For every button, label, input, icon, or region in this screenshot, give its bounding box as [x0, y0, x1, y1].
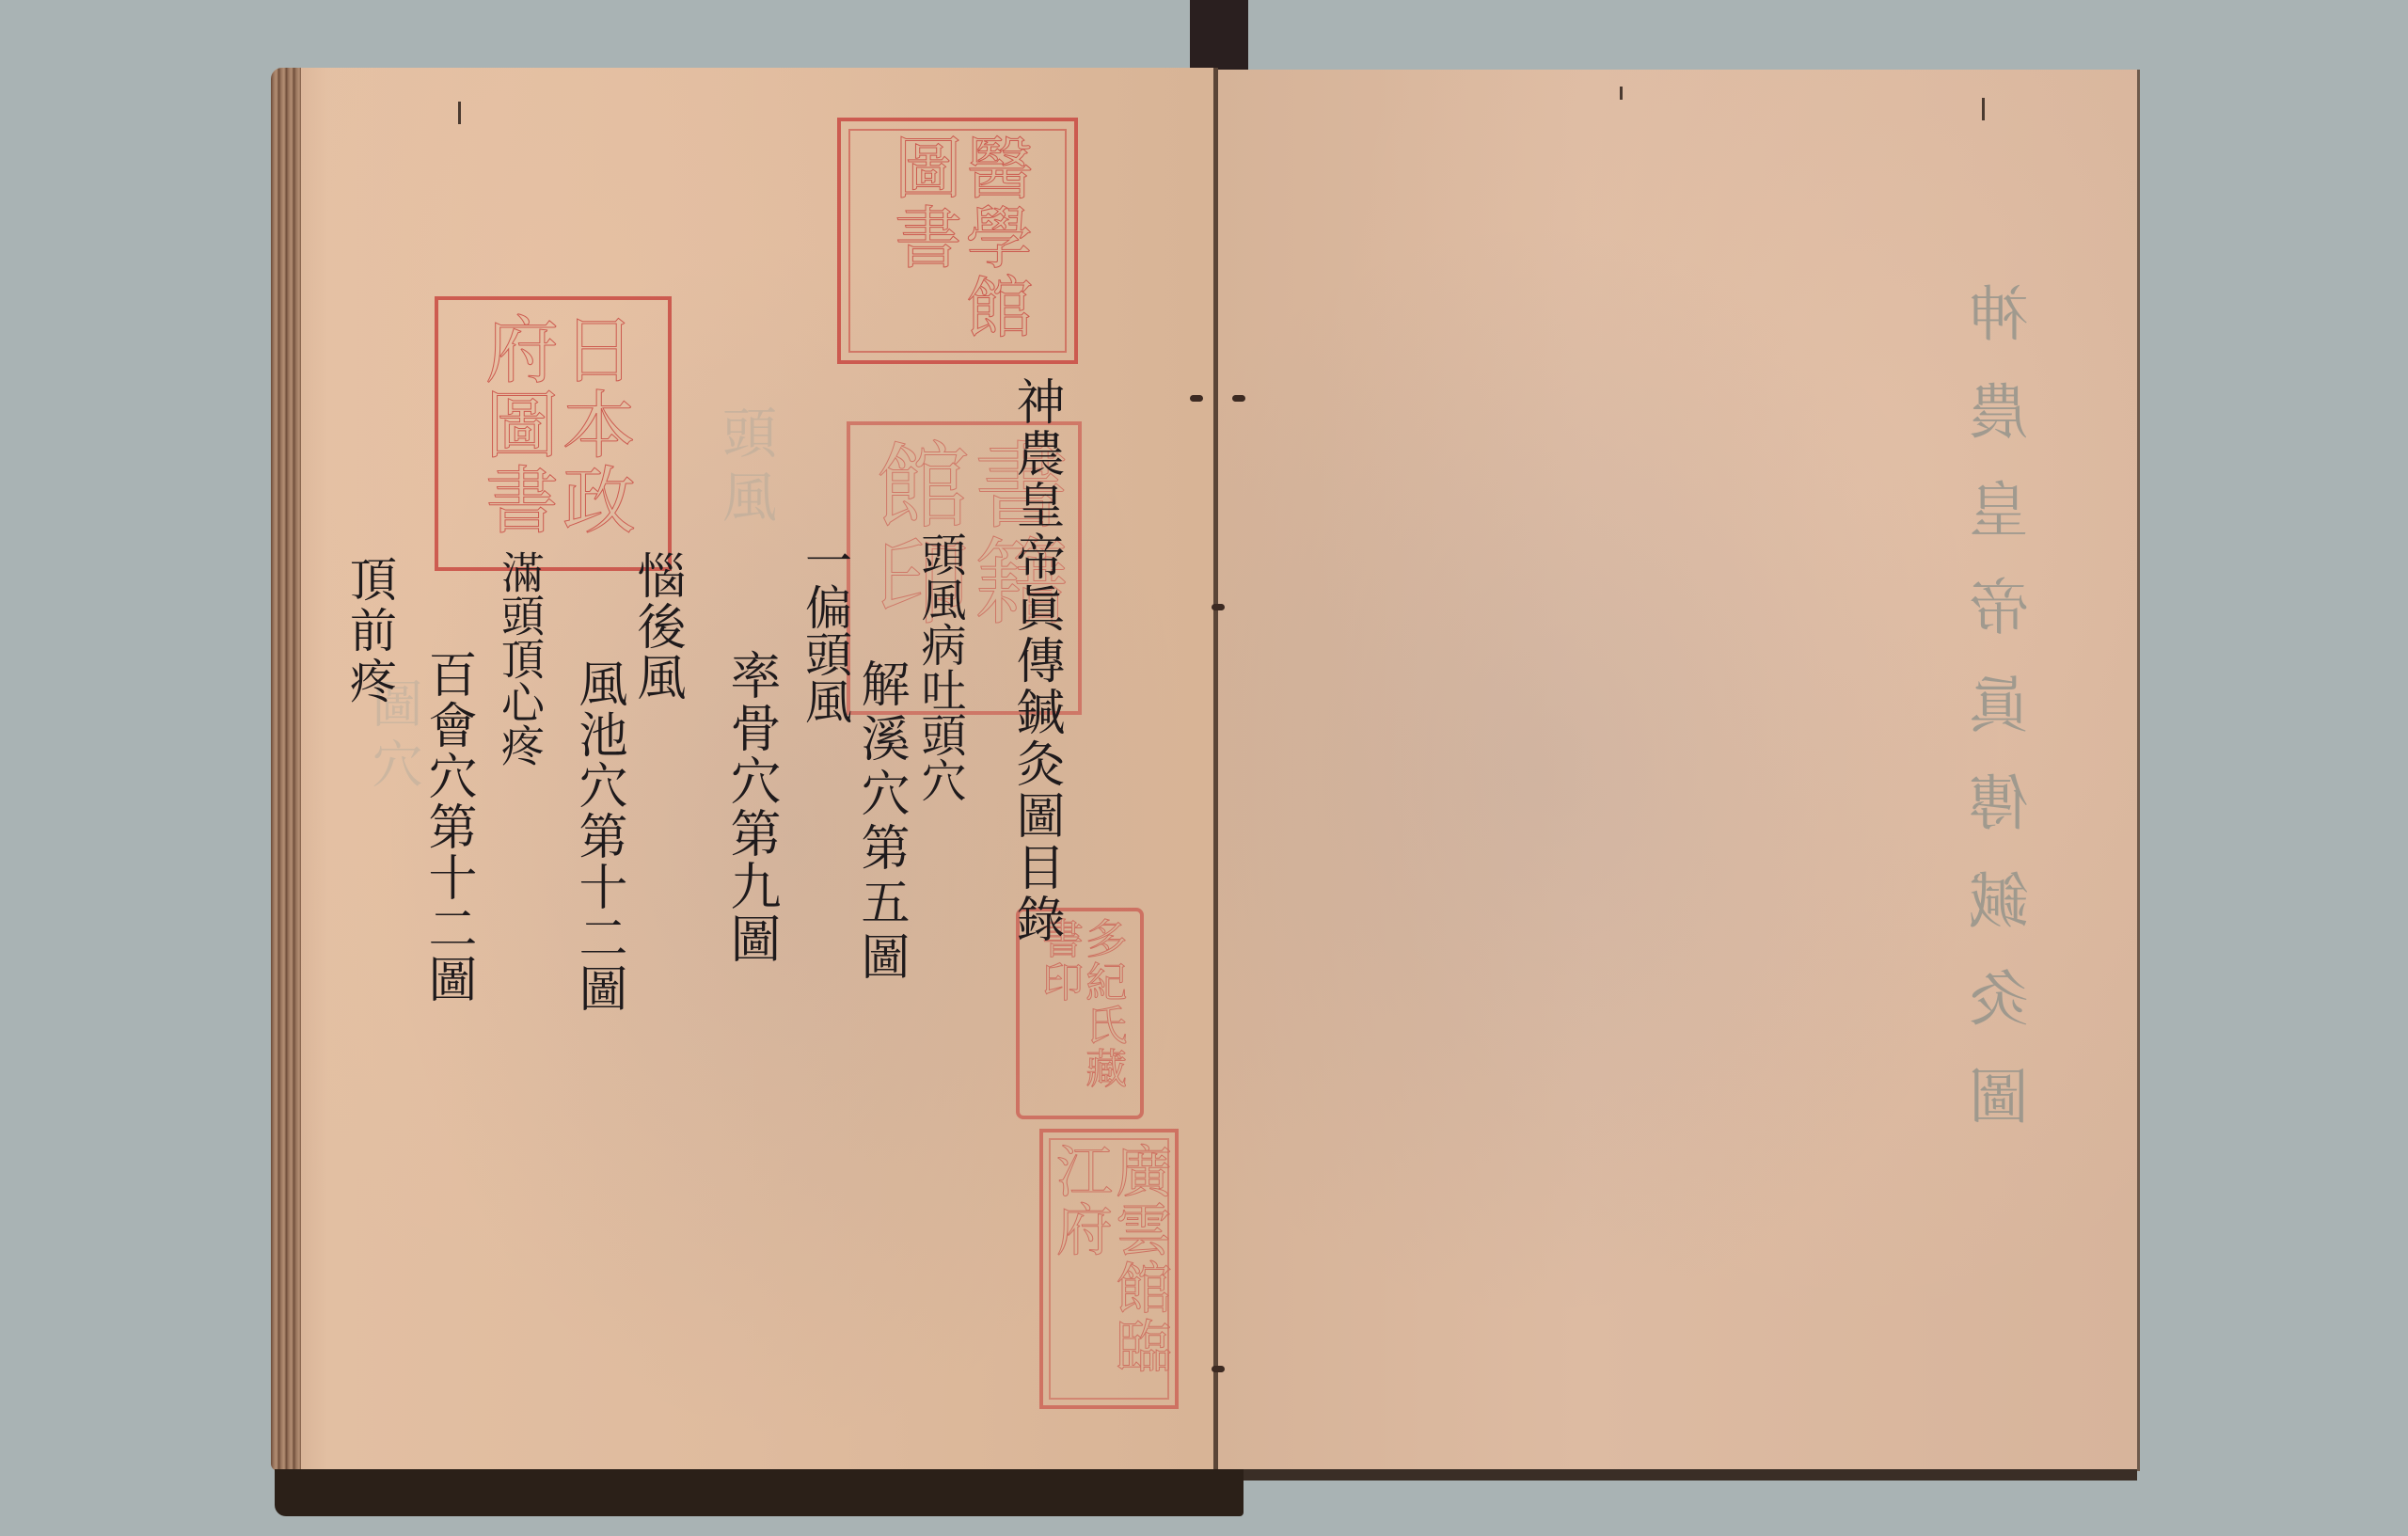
entry-5-ailment: 頂前疼: [346, 555, 393, 707]
entry-2-point: 率骨穴第九圖: [726, 649, 777, 965]
entry-1-ailment: 頭風病吐頭穴: [917, 531, 962, 802]
entry-4-ailment: 滿頭頂心疼: [499, 550, 542, 767]
seal-igakukan: 醫學館圖書: [837, 118, 1078, 364]
entry-3-point: 風池穴第十二圖: [574, 658, 623, 1014]
seal-japan-government: 日本政府圖書: [435, 296, 672, 571]
seal-lower-2: 廣雲館臨江府: [1039, 1129, 1179, 1409]
stitch-hole: [1212, 1366, 1225, 1372]
entry-3-ailment: 惱後風: [632, 550, 681, 703]
stitch-hole: [1190, 395, 1203, 402]
stitch-hole: [1232, 395, 1245, 402]
ghost-text: 頭風: [705, 404, 784, 532]
bleed-through-text: 神農皇帝眞傳鍼灸圖: [1961, 282, 2048, 1163]
cover-bottom-edge: [275, 1469, 1244, 1516]
stitch-hole: [1212, 604, 1225, 610]
cover-bottom-edge-right: [1244, 1469, 2137, 1481]
gutter-fold: [1213, 68, 1218, 1471]
margin-tick: [1982, 98, 1985, 120]
page-stack-edge: [271, 68, 301, 1471]
title-column: 神農皇帝眞傳鍼灸圖目錄: [1011, 376, 1060, 945]
entry-2-ailment: 一偏頭風: [801, 536, 848, 724]
margin-tick: [1620, 87, 1623, 100]
top-binding-strip: [1190, 0, 1248, 70]
entry-4-point: 百會穴第十二圖: [423, 649, 472, 1005]
margin-tick: [458, 102, 461, 124]
entry-1-point: 解溪穴第五圖: [856, 658, 905, 986]
